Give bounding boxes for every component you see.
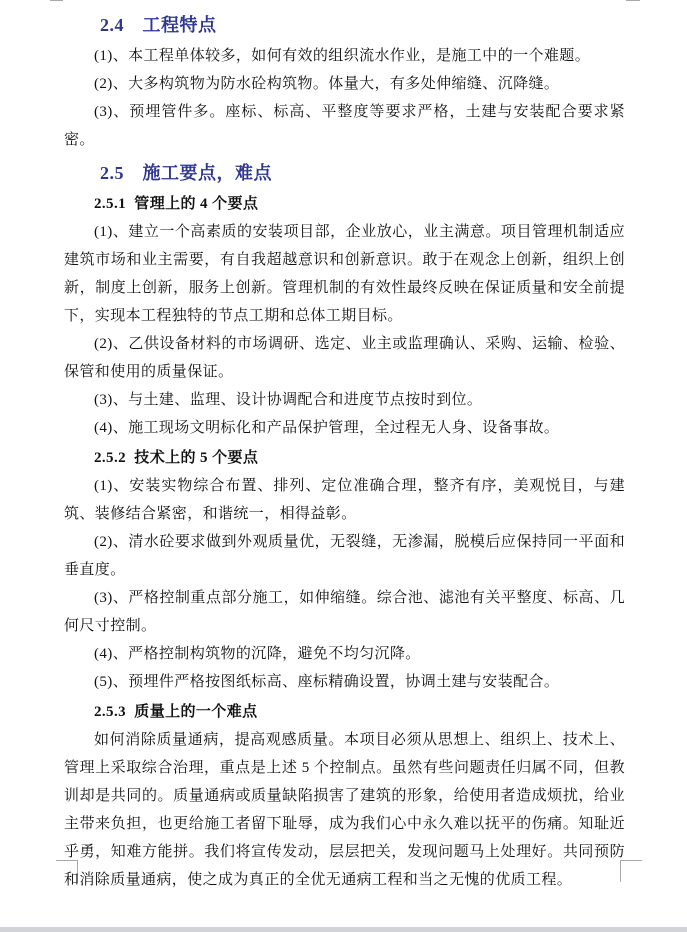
document-page: 2.4 工程特点 (1)、本工程单体较多，如何有效的组织流水作业，是施工中的一个… — [0, 0, 687, 932]
list-item-2-5-2-3: (3)、严格控制重点部分施工，如伸缩缝。综合池、滤池有关平整度、标高、几何尺寸控… — [64, 584, 625, 640]
list-item-2-5-1-1: (1)、建立一个高素质的安装项目部，企业放心，业主满意。项目管理机制适应建筑市场… — [64, 218, 625, 330]
list-item-2-5-1-2: (2)、乙供设备材料的市场调研、选定、业主或监理确认、采购、运输、检验、保管和使… — [64, 330, 625, 386]
list-item-2-5-1-3: (3)、与土建、监理、设计协调配合和进度节点按时到位。 — [64, 386, 625, 414]
list-item-2-4-1: (1)、本工程单体较多，如何有效的组织流水作业，是施工中的一个难题。 — [64, 42, 625, 70]
subsection-heading-2-5-1: 2.5.1 管理上的 4 个要点 — [64, 190, 625, 218]
subsection-heading-2-5-2: 2.5.2 技术上的 5 个要点 — [64, 444, 625, 472]
list-item-2-5-2-1: (1)、安装实物综合布置、排列、定位准确合理，整齐有序，美观悦目，与建筑、装修结… — [64, 472, 625, 528]
crop-mark-top-right — [626, 0, 640, 1]
list-item-2-5-1-4: (4)、施工现场文明标化和产品保护管理，全过程无人身、设备事故。 — [64, 414, 625, 442]
list-item-2-5-2-5: (5)、预埋件严格按图纸标高、座标精确设置，协调土建与安装配合。 — [64, 668, 625, 696]
document-content: 2.4 工程特点 (1)、本工程单体较多，如何有效的组织流水作业，是施工中的一个… — [64, 6, 625, 894]
list-item-2-4-3: (3)、预埋管件多。座标、标高、平整度等要求严格，土建与安装配合要求紧密。 — [64, 98, 625, 154]
page-bottom-edge — [0, 927, 687, 932]
paragraph-quality-difficulty: 如何消除质量通病，提高观感质量。本项目必须从思想上、组织上、技术上、管理上采取综… — [64, 726, 625, 894]
crop-mark-top-left — [50, 0, 63, 1]
list-item-2-5-2-4: (4)、严格控制构筑物的沉降，避免不均匀沉降。 — [64, 640, 625, 668]
subsection-heading-2-5-3: 2.5.3 质量上的一个难点 — [64, 698, 625, 726]
list-item-2-5-2-2: (2)、清水砼要求做到外观质量优，无裂缝，无渗漏，脱模后应保持同一平面和垂直度。 — [64, 528, 625, 584]
section-heading-2-5: 2.5 施工要点，难点 — [64, 161, 625, 185]
list-item-2-4-2: (2)、大多构筑物为防水砼构筑物。体量大，有多处伸缩缝、沉降缝。 — [64, 70, 625, 98]
section-heading-2-4: 2.4 工程特点 — [64, 13, 625, 37]
